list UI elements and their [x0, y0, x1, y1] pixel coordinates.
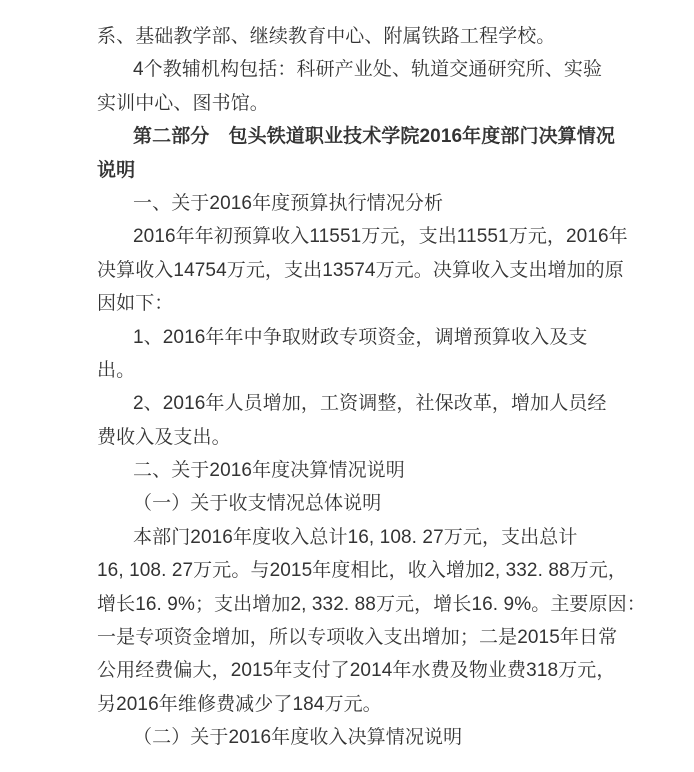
- text-line: 出。: [97, 354, 609, 387]
- text-line: 一、关于2016年度预算执行情况分析: [97, 187, 609, 220]
- text-line: 2、2016年人员增加，工资调整，社保改革，增加人员经: [97, 387, 609, 420]
- text-line: 二、关于2016年度决算情况说明: [97, 454, 609, 487]
- text-line: （二）关于2016年度收入决算情况说明: [97, 721, 609, 754]
- text-line: 一是专项资金增加，所以专项收入支出增加；二是2015年日常: [97, 621, 609, 654]
- document-page: 系、基础教学部、继续教育中心、附属铁路工程学校。4个教辅机构包括：科研产业处、轨…: [0, 0, 694, 772]
- text-line: 2016年年初预算收入11551万元，支出11551万元，2016年: [97, 220, 609, 253]
- text-line: 费收入及支出。: [97, 421, 609, 454]
- section-heading-line: 第二部分 包头铁道职业技术学院2016年度部门决算情况: [97, 120, 609, 153]
- document-text-block: 系、基础教学部、继续教育中心、附属铁路工程学校。4个教辅机构包括：科研产业处、轨…: [97, 20, 609, 755]
- text-line: 另2016年维修费减少了184万元。: [97, 688, 609, 721]
- text-line: 系、基础教学部、继续教育中心、附属铁路工程学校。: [97, 20, 609, 53]
- text-line: 16, 108. 27万元。与2015年度相比，收入增加2, 332. 88万元…: [97, 554, 609, 587]
- text-line: （一）关于收支情况总体说明: [97, 487, 609, 520]
- text-line: 公用经费偏大，2015年支付了2014年水费及物业费318万元，: [97, 654, 609, 687]
- section-heading-line: 说明: [97, 154, 609, 187]
- text-line: 1、2016年年中争取财政专项资金，调增预算收入及支: [97, 321, 609, 354]
- text-line: 4个教辅机构包括：科研产业处、轨道交通研究所、实验: [97, 53, 609, 86]
- text-line: 决算收入14754万元，支出13574万元。决算收入支出增加的原: [97, 254, 609, 287]
- text-line: 增长16. 9%；支出增加2, 332. 88万元，增长16. 9%。主要原因：: [97, 588, 609, 621]
- text-line: 实训中心、图书馆。: [97, 87, 609, 120]
- text-line: 因如下：: [97, 287, 609, 320]
- text-line: 本部门2016年度收入总计16, 108. 27万元，支出总计: [97, 521, 609, 554]
